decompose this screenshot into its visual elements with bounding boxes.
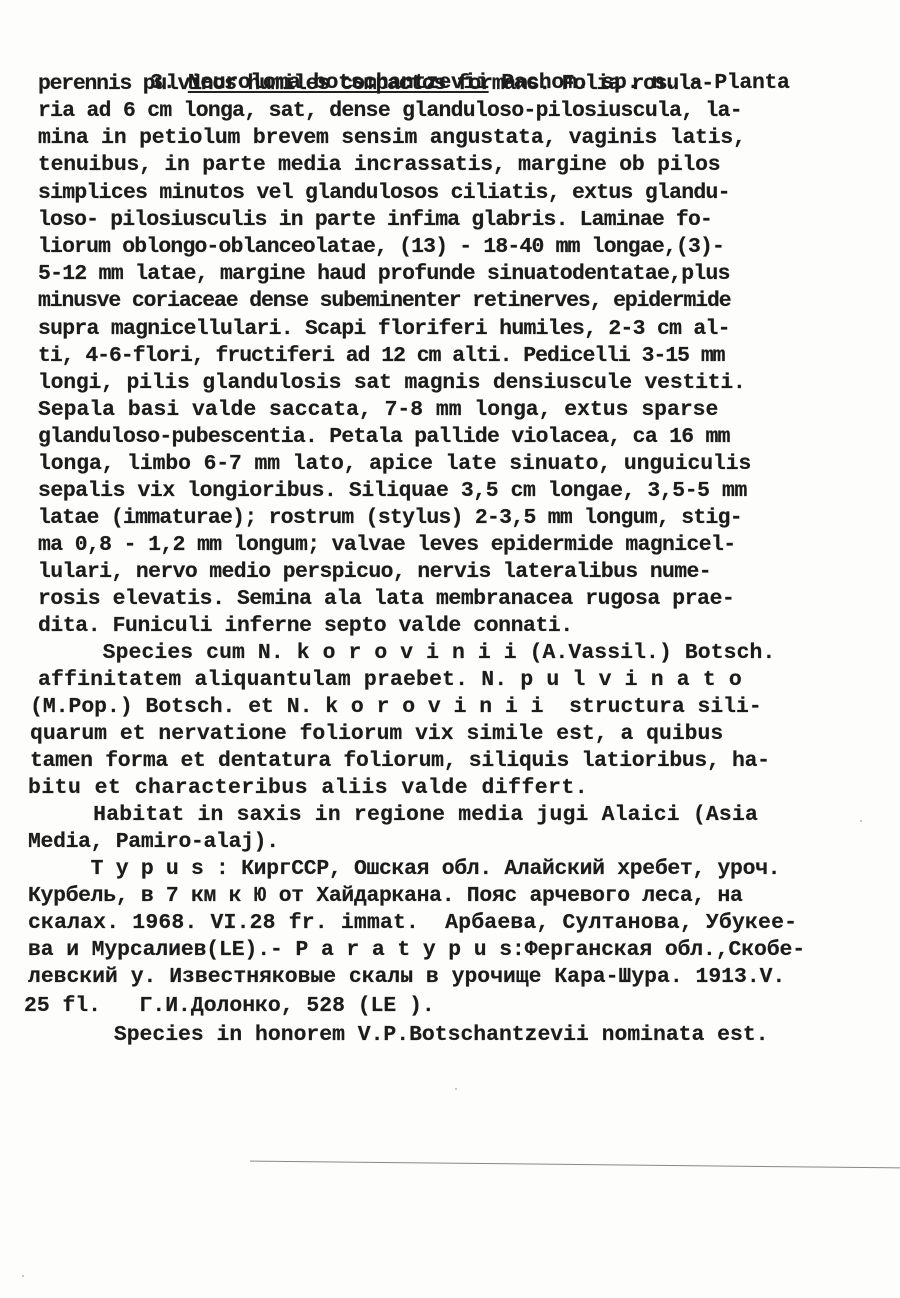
text-line: affinitatem aliquantulam praebet. N. p u… — [38, 667, 742, 693]
text-line: supra magnicellulari. Scapi floriferi hu… — [38, 316, 730, 342]
text-line: ma 0,8 - 1,2 mm longum; valvae leves epi… — [38, 532, 735, 558]
text-line: quarum et nervatione foliorum vix simile… — [30, 721, 723, 747]
text-line: ti, 4-6-flori, fructiferi ad 12 cm alti.… — [38, 343, 725, 369]
text-line: Курбель, в 7 км к Ю от Хайдаркана. Пояс … — [28, 883, 743, 909]
scan-speck — [22, 1275, 24, 1277]
text-line: mina in petiolum brevem sensim angustata… — [38, 125, 746, 151]
document-page: 3. Neuroloma botschantzevii Pachom. sp. … — [0, 0, 900, 1298]
text-line: dita. Funiculi inferne septo valde conna… — [38, 613, 573, 639]
text-line: Species in honorem V.P.Botschantzevii no… — [24, 1022, 769, 1048]
text-line: 25 fl. Г.И.Долонко, 528 (LE ). — [24, 993, 435, 1019]
text-line: скалах. 1968. VI.28 fr. immat. Арбаева, … — [28, 910, 797, 936]
text-line: Species cum N. k o r o v i n i i (A.Vass… — [38, 640, 775, 666]
text-line: T y p u s : КиргССР, Ошская обл. Алайски… — [28, 856, 780, 882]
text-line: ва и Мурсалиев(LE).- P a r a t y p u s:Ф… — [28, 937, 805, 963]
text-line: glanduloso-pubescentia. Petala pallide v… — [38, 424, 730, 450]
text-line: latae (immaturae); rostrum (stylus) 2-3,… — [38, 505, 742, 531]
text-line: Habitat in saxis in regione media jugi A… — [28, 802, 758, 828]
text-line: loso- pilosiusculis in parte infima glab… — [38, 207, 712, 233]
text-line: sepalis vix longioribus. Siliquae 3,5 cm… — [38, 478, 747, 504]
text-line: perennis pulvinos humiles compactos form… — [38, 71, 713, 97]
text-line: ria ad 6 cm longa, sat, dense glanduloso… — [38, 98, 742, 124]
text-line: Media, Pamiro-alaj). — [28, 829, 279, 855]
text-line: tenuibus, in parte media incrassatis, ma… — [38, 152, 720, 178]
scan-speck — [455, 1088, 457, 1090]
text-line: Sepala basi valde saccata, 7-8 mm longa,… — [38, 397, 718, 423]
text-line: левский у. Известняковые скалы в урочище… — [28, 964, 785, 990]
text-line: longa, limbo 6-7 mm lato, apice late sin… — [38, 451, 751, 477]
scan-speck — [860, 820, 862, 822]
text-line: minusve coriaceae dense subeminenter ret… — [38, 288, 730, 314]
text-line: bitu et characteribus aliis valde differ… — [28, 775, 588, 801]
text-line: simplices minutos vel glandulosos ciliat… — [38, 180, 730, 206]
text-line: 5-12 mm latae, margine haud profunde sin… — [38, 261, 730, 287]
text-line: (M.Pop.) Botsch. et N. k o r o v i n i i… — [30, 694, 762, 720]
text-line: lulari, nervo medio perspicuo, nervis la… — [38, 559, 711, 585]
text-line: longi, pilis glandulosis sat magnis dens… — [38, 370, 746, 396]
text-line: liorum oblongo-oblanceolatae, (13) - 18-… — [38, 234, 724, 260]
text-line: tamen forma et dentatura foliorum, siliq… — [30, 748, 770, 774]
text-line: rosis elevatis. Semina ala lata membrana… — [38, 586, 734, 612]
scan-artifact-line — [250, 1161, 900, 1169]
